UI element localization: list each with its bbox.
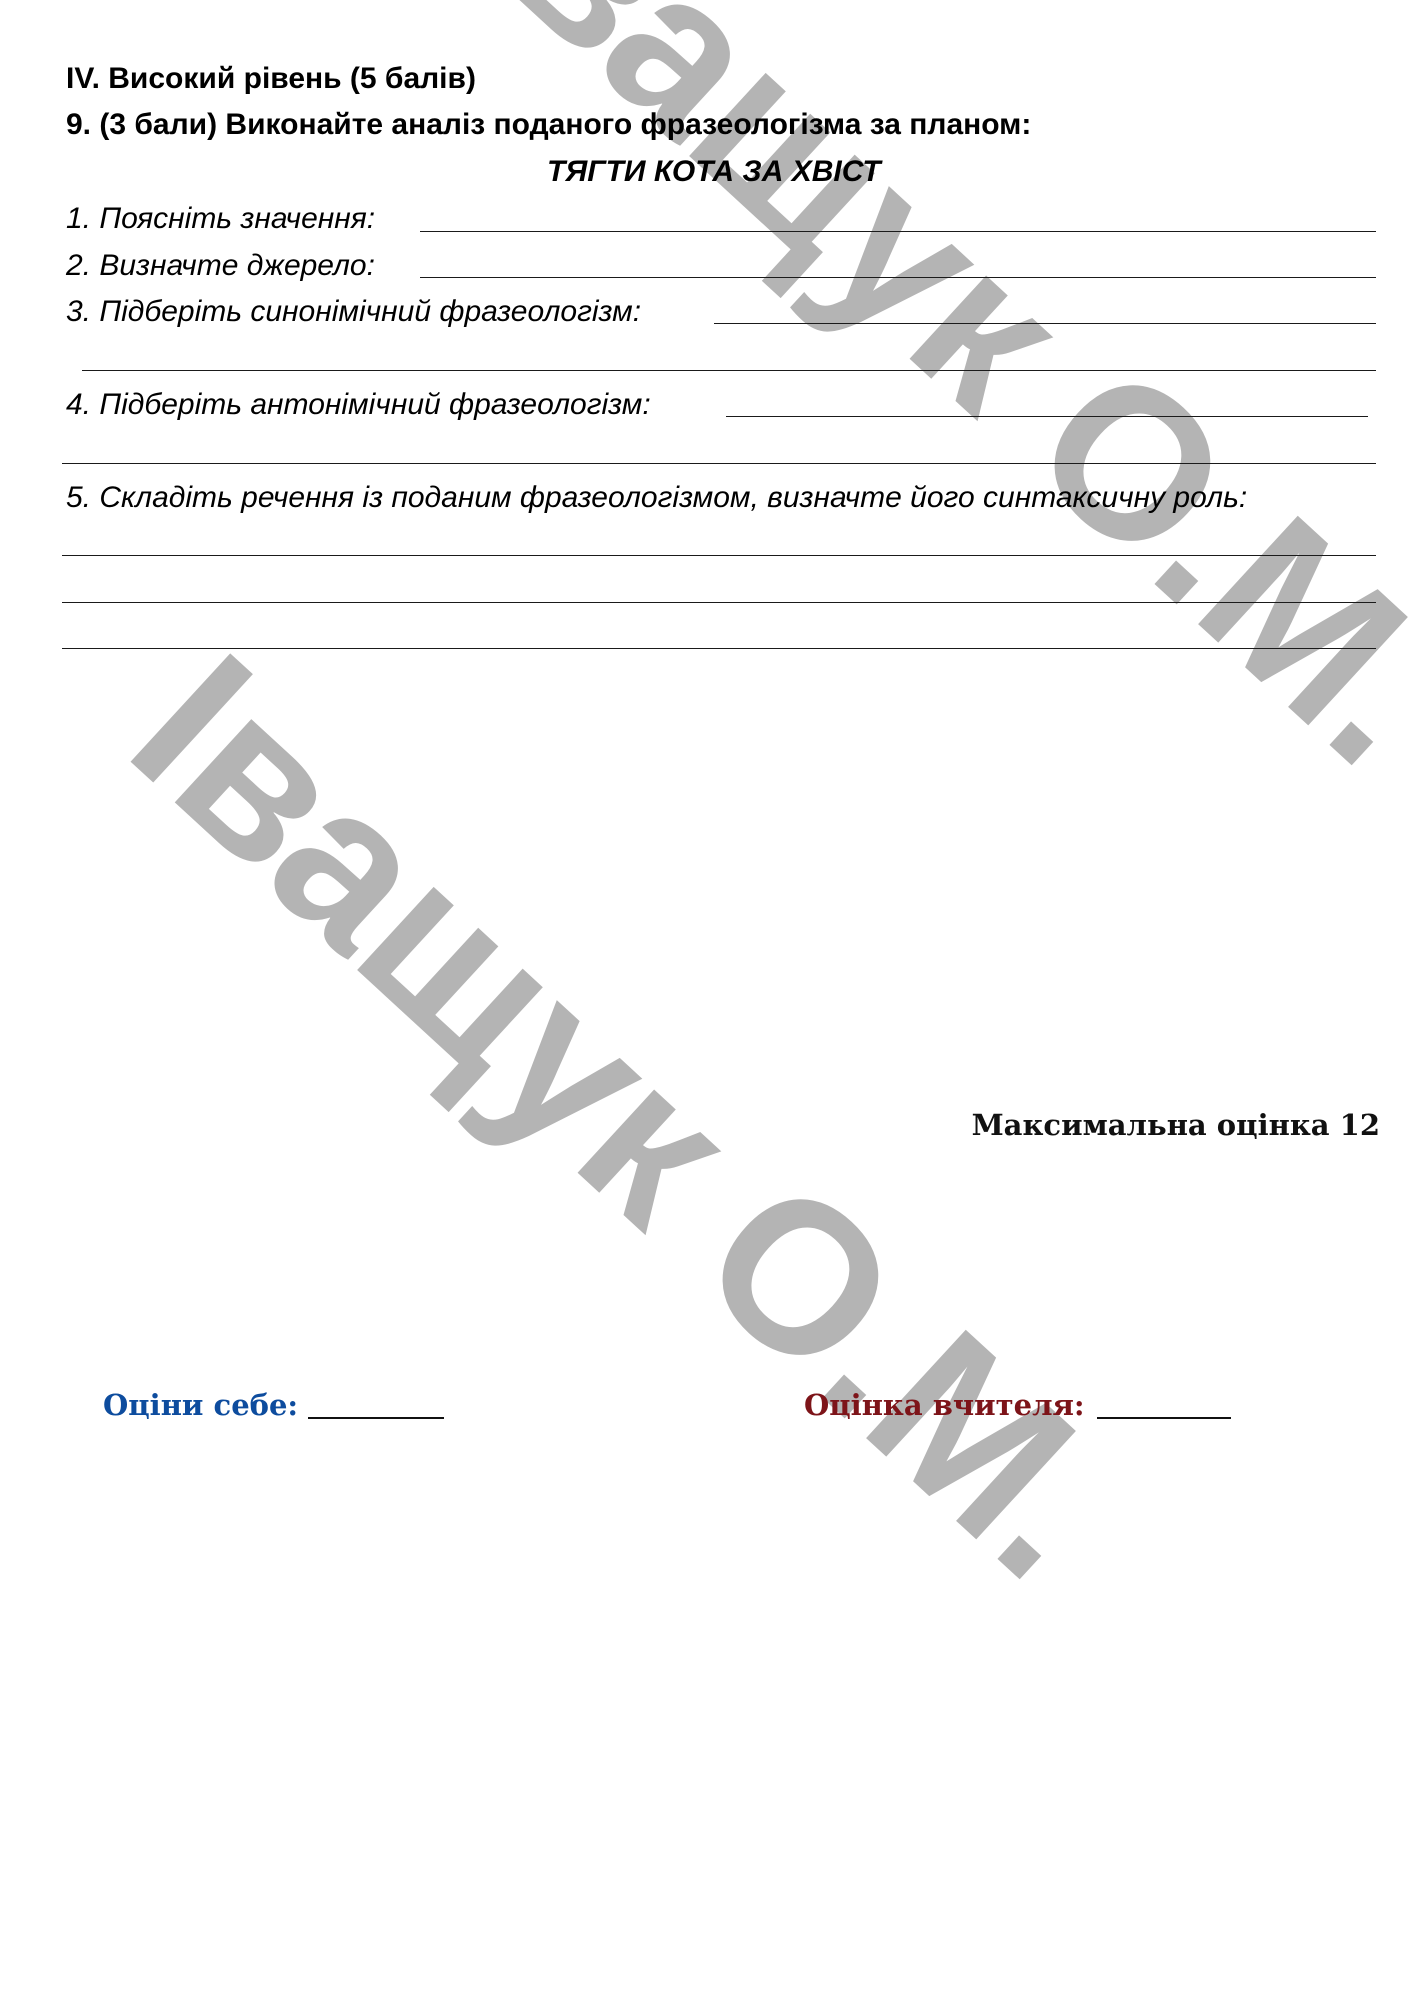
item-4-label: 4. Підберіть антонімічний фразеологізм: [66, 390, 651, 420]
self-grade-label: Оціни себе: [103, 1391, 298, 1420]
item-3-answer-line[interactable] [714, 323, 1376, 324]
teacher-grade-label: Оцінка вчителя: [804, 1391, 1085, 1420]
item-2-answer-line[interactable] [420, 277, 1376, 278]
max-score: Максимальна оцінка 12 [972, 1111, 1380, 1140]
self-grade-field[interactable] [308, 1417, 444, 1419]
item-3-label: 3. Підберіть синонімічний фразеологізм: [66, 297, 641, 327]
phraseologism: ТЯГТИ КОТА ЗА ХВІСТ [547, 157, 881, 187]
worksheet-page: IV. Високий рівень (5 балів) 9. (3 бали)… [0, 0, 1414, 2000]
item-1-answer-line[interactable] [420, 231, 1376, 232]
item-4-answer-line-2[interactable] [62, 463, 1376, 464]
item-3-answer-line-2[interactable] [82, 370, 1376, 371]
task-title: 9. (3 бали) Виконайте аналіз поданого фр… [66, 110, 1031, 140]
item-5-label: 5. Складіть речення із поданим фразеолог… [66, 483, 1247, 513]
item-5-answer-line-2[interactable] [62, 602, 1376, 603]
item-2-label: 2. Визначте джерело: [66, 251, 375, 281]
item-5-answer-line-1[interactable] [62, 555, 1376, 556]
item-5-answer-line-3[interactable] [62, 648, 1376, 649]
item-4-answer-line[interactable] [726, 416, 1368, 417]
section-heading: IV. Високий рівень (5 балів) [66, 64, 476, 94]
item-1-label: 1. Поясніть значення: [66, 204, 375, 234]
teacher-grade-field[interactable] [1097, 1417, 1231, 1419]
